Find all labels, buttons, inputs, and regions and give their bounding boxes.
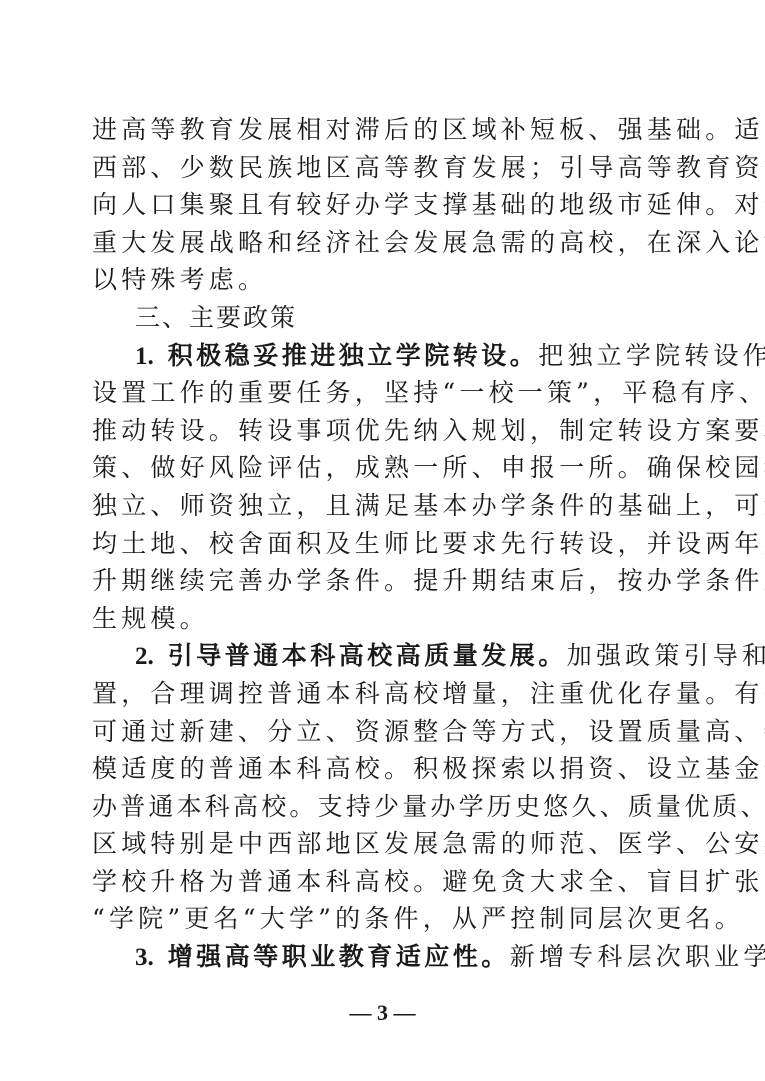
paragraph-line: 策、做好风险评估，成熟一所、申报一所。确保校园独立、财务 <box>92 449 692 487</box>
paragraph-line: 推动转设。转设事项优先纳入规划，制定转设方案要科学民主决 <box>92 412 692 450</box>
paragraph-line: 独立、师资独立，且满足基本办学条件的基础上，可适当放宽生 <box>92 487 692 525</box>
paragraph-line: 区域特别是中西部地区发展急需的师范、医学、公安类高等专科 <box>92 825 692 863</box>
paragraph-line: 向人口集聚且有较好办学支撑基础的地级市延伸。对于涉及国家 <box>92 186 692 224</box>
paragraph-line: 进高等教育发展相对滞后的区域补短板、强基础。适当倾斜支持 <box>92 111 692 149</box>
policy-title: 积极稳妥推进独立学院转设。 <box>168 341 539 370</box>
policy-text: 把独立学院转设作为高校 <box>538 341 765 370</box>
paragraph-line: 学校升格为普通本科高校。避免贪大求全、盲目扩张，严格把握 <box>92 863 692 901</box>
policy-title: 增强高等职业教育适应性。 <box>168 942 510 971</box>
policy-number: 1. <box>135 343 154 370</box>
paragraph-line: 升期继续完善办学条件。提升期结束后，按办学条件重新核定招 <box>92 562 692 600</box>
paragraph-line: 以特殊考虑。 <box>92 261 692 299</box>
policy-number: 2. <box>135 643 154 670</box>
paragraph-line: 均土地、校舍面积及生师比要求先行转设，并设两年办学条件提 <box>92 525 692 563</box>
paragraph-line: 设置工作的重要任务，坚持“一校一策”，平稳有序、好中快进 <box>92 374 692 412</box>
policy-2-first-line: 2.引导普通本科高校高质量发展。加强政策引导和资源配 <box>92 637 692 675</box>
policy-1-first-line: 1.积极稳妥推进独立学院转设。把独立学院转设作为高校 <box>92 337 692 375</box>
paragraph-line: 重大发展战略和经济社会发展急需的高校，在深入论证后，可予 <box>92 224 692 262</box>
page-number: — 3 — <box>0 1000 765 1026</box>
paragraph-line: “学院”更名“大学”的条件，从严控制同层次更名。 <box>92 900 692 938</box>
paragraph-line: 可通过新建、分立、资源整合等方式，设置质量高、特色强、规 <box>92 713 692 751</box>
section-heading: 三、主要政策 <box>92 299 692 337</box>
paragraph-line: 办普通本科高校。支持少量办学历史悠久、质量优质、效益明显， <box>92 788 692 826</box>
paragraph-line: 模适度的普通本科高校。积极探索以捐资、设立基金会等方式举 <box>92 750 692 788</box>
document-body: 进高等教育发展相对滞后的区域补短板、强基础。适当倾斜支持 西部、少数民族地区高等… <box>92 111 692 976</box>
paragraph-line: 置，合理调控普通本科高校增量，注重优化存量。有条件的地区 <box>92 675 692 713</box>
document-page: 进高等教育发展相对滞后的区域补短板、强基础。适当倾斜支持 西部、少数民族地区高等… <box>0 0 765 1081</box>
paragraph-line: 西部、少数民族地区高等教育发展；引导高等教育资源在省域内 <box>92 149 692 187</box>
policy-title: 引导普通本科高校高质量发展。 <box>168 641 567 670</box>
paragraph-line: 生规模。 <box>92 600 692 638</box>
policy-number: 3. <box>135 944 154 971</box>
policy-3-first-line: 3.增强高等职业教育适应性。新增专科层次职业学校主要 <box>92 938 692 976</box>
policy-text: 加强政策引导和资源配 <box>567 641 765 670</box>
policy-text: 新增专科层次职业学校主要 <box>510 942 765 971</box>
